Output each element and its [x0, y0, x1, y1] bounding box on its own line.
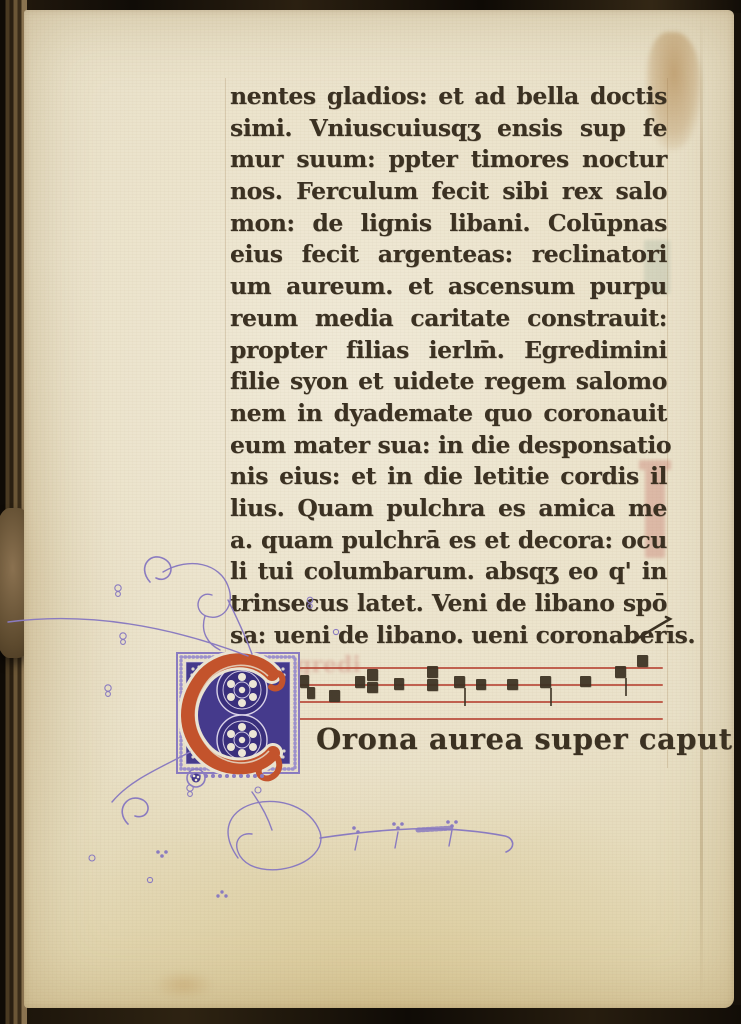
manuscript-photo: gredi nentes gladios: et ad bella doctis… [0, 0, 741, 1024]
text-line: um aureum. et ascensum purpu [230, 271, 667, 303]
text-line: filie syon et uidete regem salomo [230, 366, 667, 398]
text-line: nos. Ferculum fecit sibi rex salo [230, 176, 667, 208]
text-line: reum media caritate constrauit: [230, 303, 667, 335]
penwork-flourishes [0, 540, 741, 900]
text-line: eius fecit argenteas: reclinatori [230, 239, 667, 271]
text-line: mon: de lignis libani. Colūpnas [230, 208, 667, 240]
text-line: simi. Vniuscuiusqʒ ensis sup fe [230, 113, 667, 145]
text-line: propter filias ierlm̄. Egredimini [230, 335, 667, 367]
text-line: nentes gladios: et ad bella doctis [230, 81, 667, 113]
text-line: eum mater sua: in die desponsatio [230, 430, 667, 462]
text-line: nis eius: et in die letitie cordis il [230, 461, 667, 493]
text-line: mur suum: ppter timores noctur [230, 144, 667, 176]
text-line: nem in dyademate quo coronauit [230, 398, 667, 430]
text-line: lius. Quam pulchra es amica me [230, 493, 667, 525]
parchment-stain [154, 970, 214, 1000]
